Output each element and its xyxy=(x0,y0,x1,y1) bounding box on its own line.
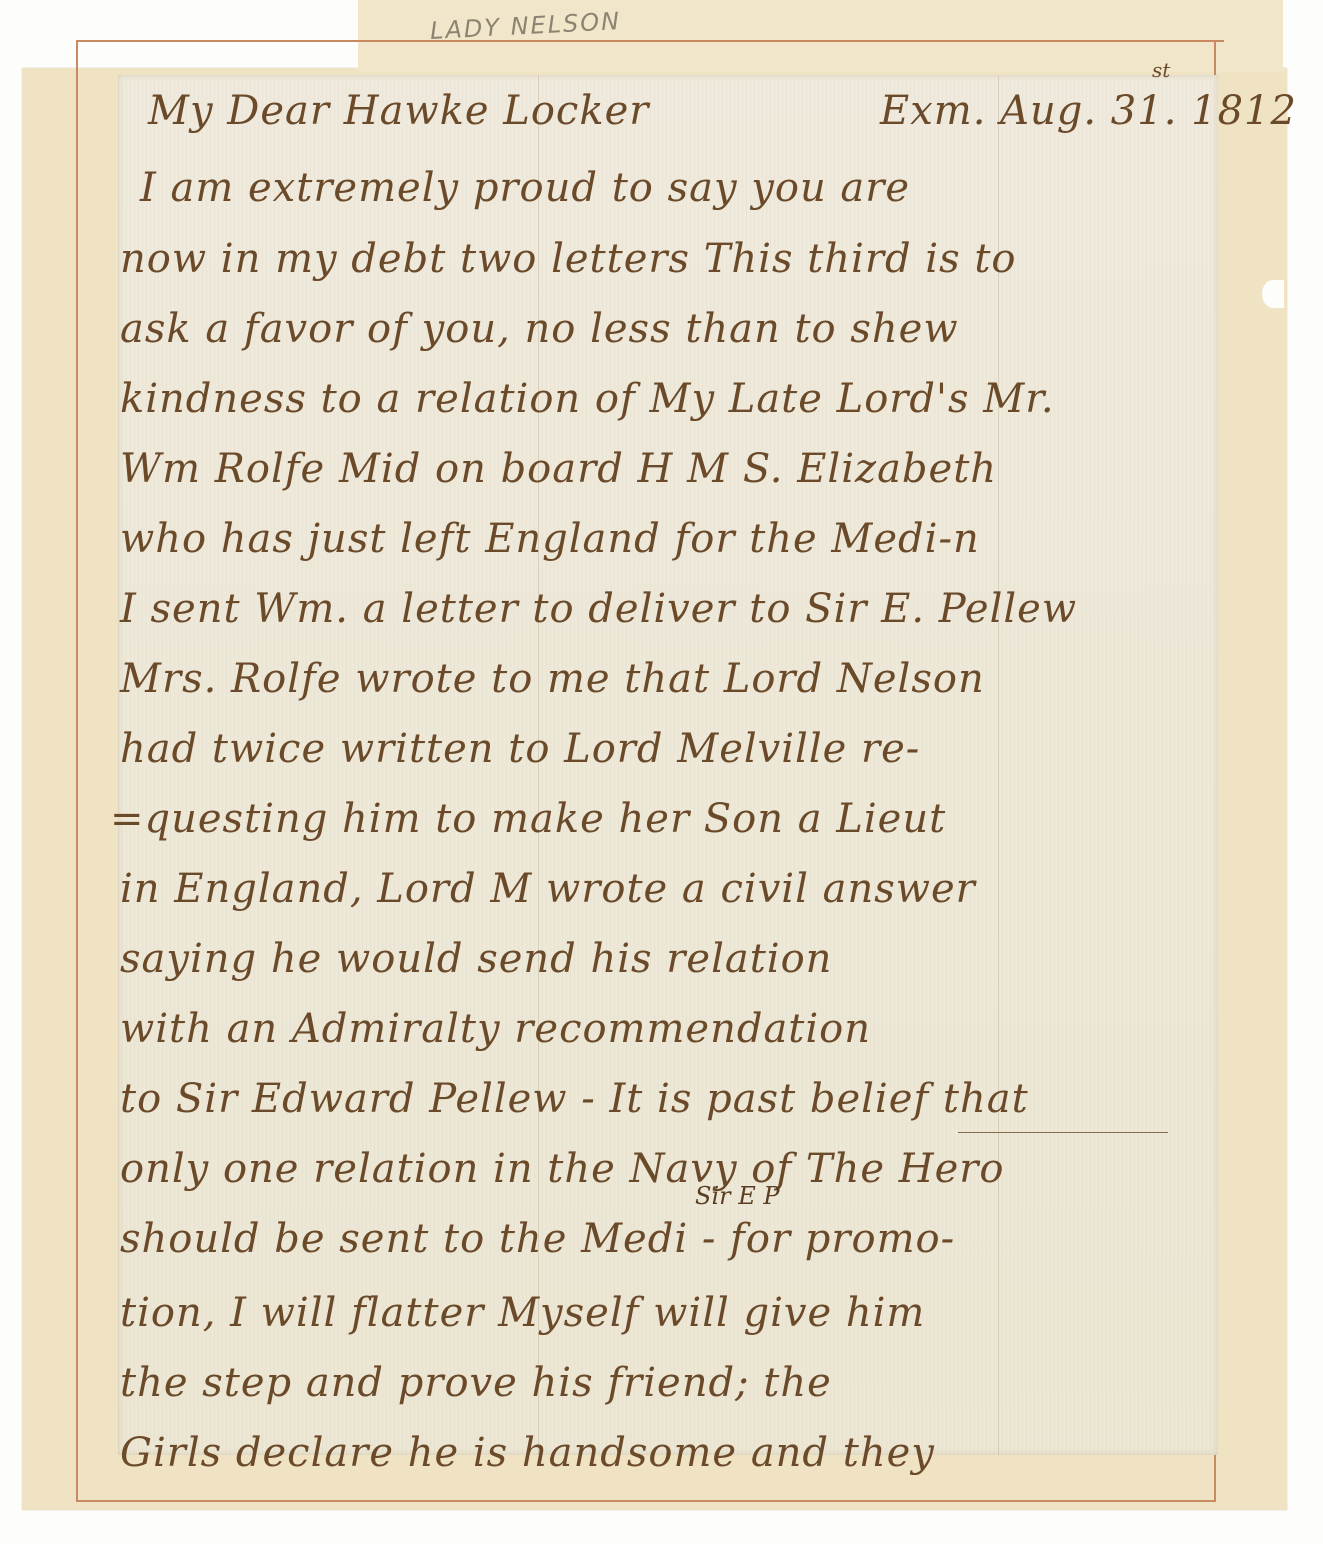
underline-stroke xyxy=(958,1132,1168,1133)
body-line: =questing him to make her Son a Lieut xyxy=(110,796,946,842)
body-line: now in my debt two letters This third is… xyxy=(120,236,1016,282)
body-line: to Sir Edward Pellew - It is past belief… xyxy=(120,1076,1029,1122)
body-line: ask a favor of you, no less than to shew xyxy=(120,306,959,352)
body-line: saying he would send his relation xyxy=(120,936,832,982)
date-superscript: st xyxy=(1152,58,1170,82)
body-line: kindness to a relation of My Late Lord's… xyxy=(120,376,1055,422)
body-line: Mrs. Rolfe wrote to me that Lord Nelson xyxy=(120,656,985,702)
body-line: only one relation in the Navy of The Her… xyxy=(120,1146,1004,1192)
body-line: the step and prove his friend; the xyxy=(120,1360,832,1406)
body-line: I sent Wm. a letter to deliver to Sir E.… xyxy=(120,586,1077,632)
body-line: Girls declare he is handsome and they xyxy=(120,1430,935,1476)
fold-line xyxy=(998,75,999,1455)
salutation: My Dear Hawke Locker xyxy=(148,88,649,134)
body-line: in England, Lord M wrote a civil answer xyxy=(120,866,976,912)
body-line: who has just left England for the Medi-n xyxy=(120,516,980,562)
body-line: tion, I will flatter Myself will give hi… xyxy=(120,1290,925,1336)
body-line: should be sent to the Medi - for promo- xyxy=(120,1216,955,1262)
torn-edge-notch xyxy=(1262,280,1284,308)
body-line: had twice written to Lord Melville re- xyxy=(120,726,920,772)
body-line: Wm Rolfe Mid on board H M S. Elizabeth xyxy=(120,446,997,492)
interlinear-insert: Sir E P xyxy=(695,1182,780,1210)
body-line: with an Admiralty recommendation xyxy=(120,1006,871,1052)
place-date: Exm. Aug. 31. 1812 xyxy=(880,88,1297,134)
body-line: I am extremely proud to say you are xyxy=(140,165,910,211)
